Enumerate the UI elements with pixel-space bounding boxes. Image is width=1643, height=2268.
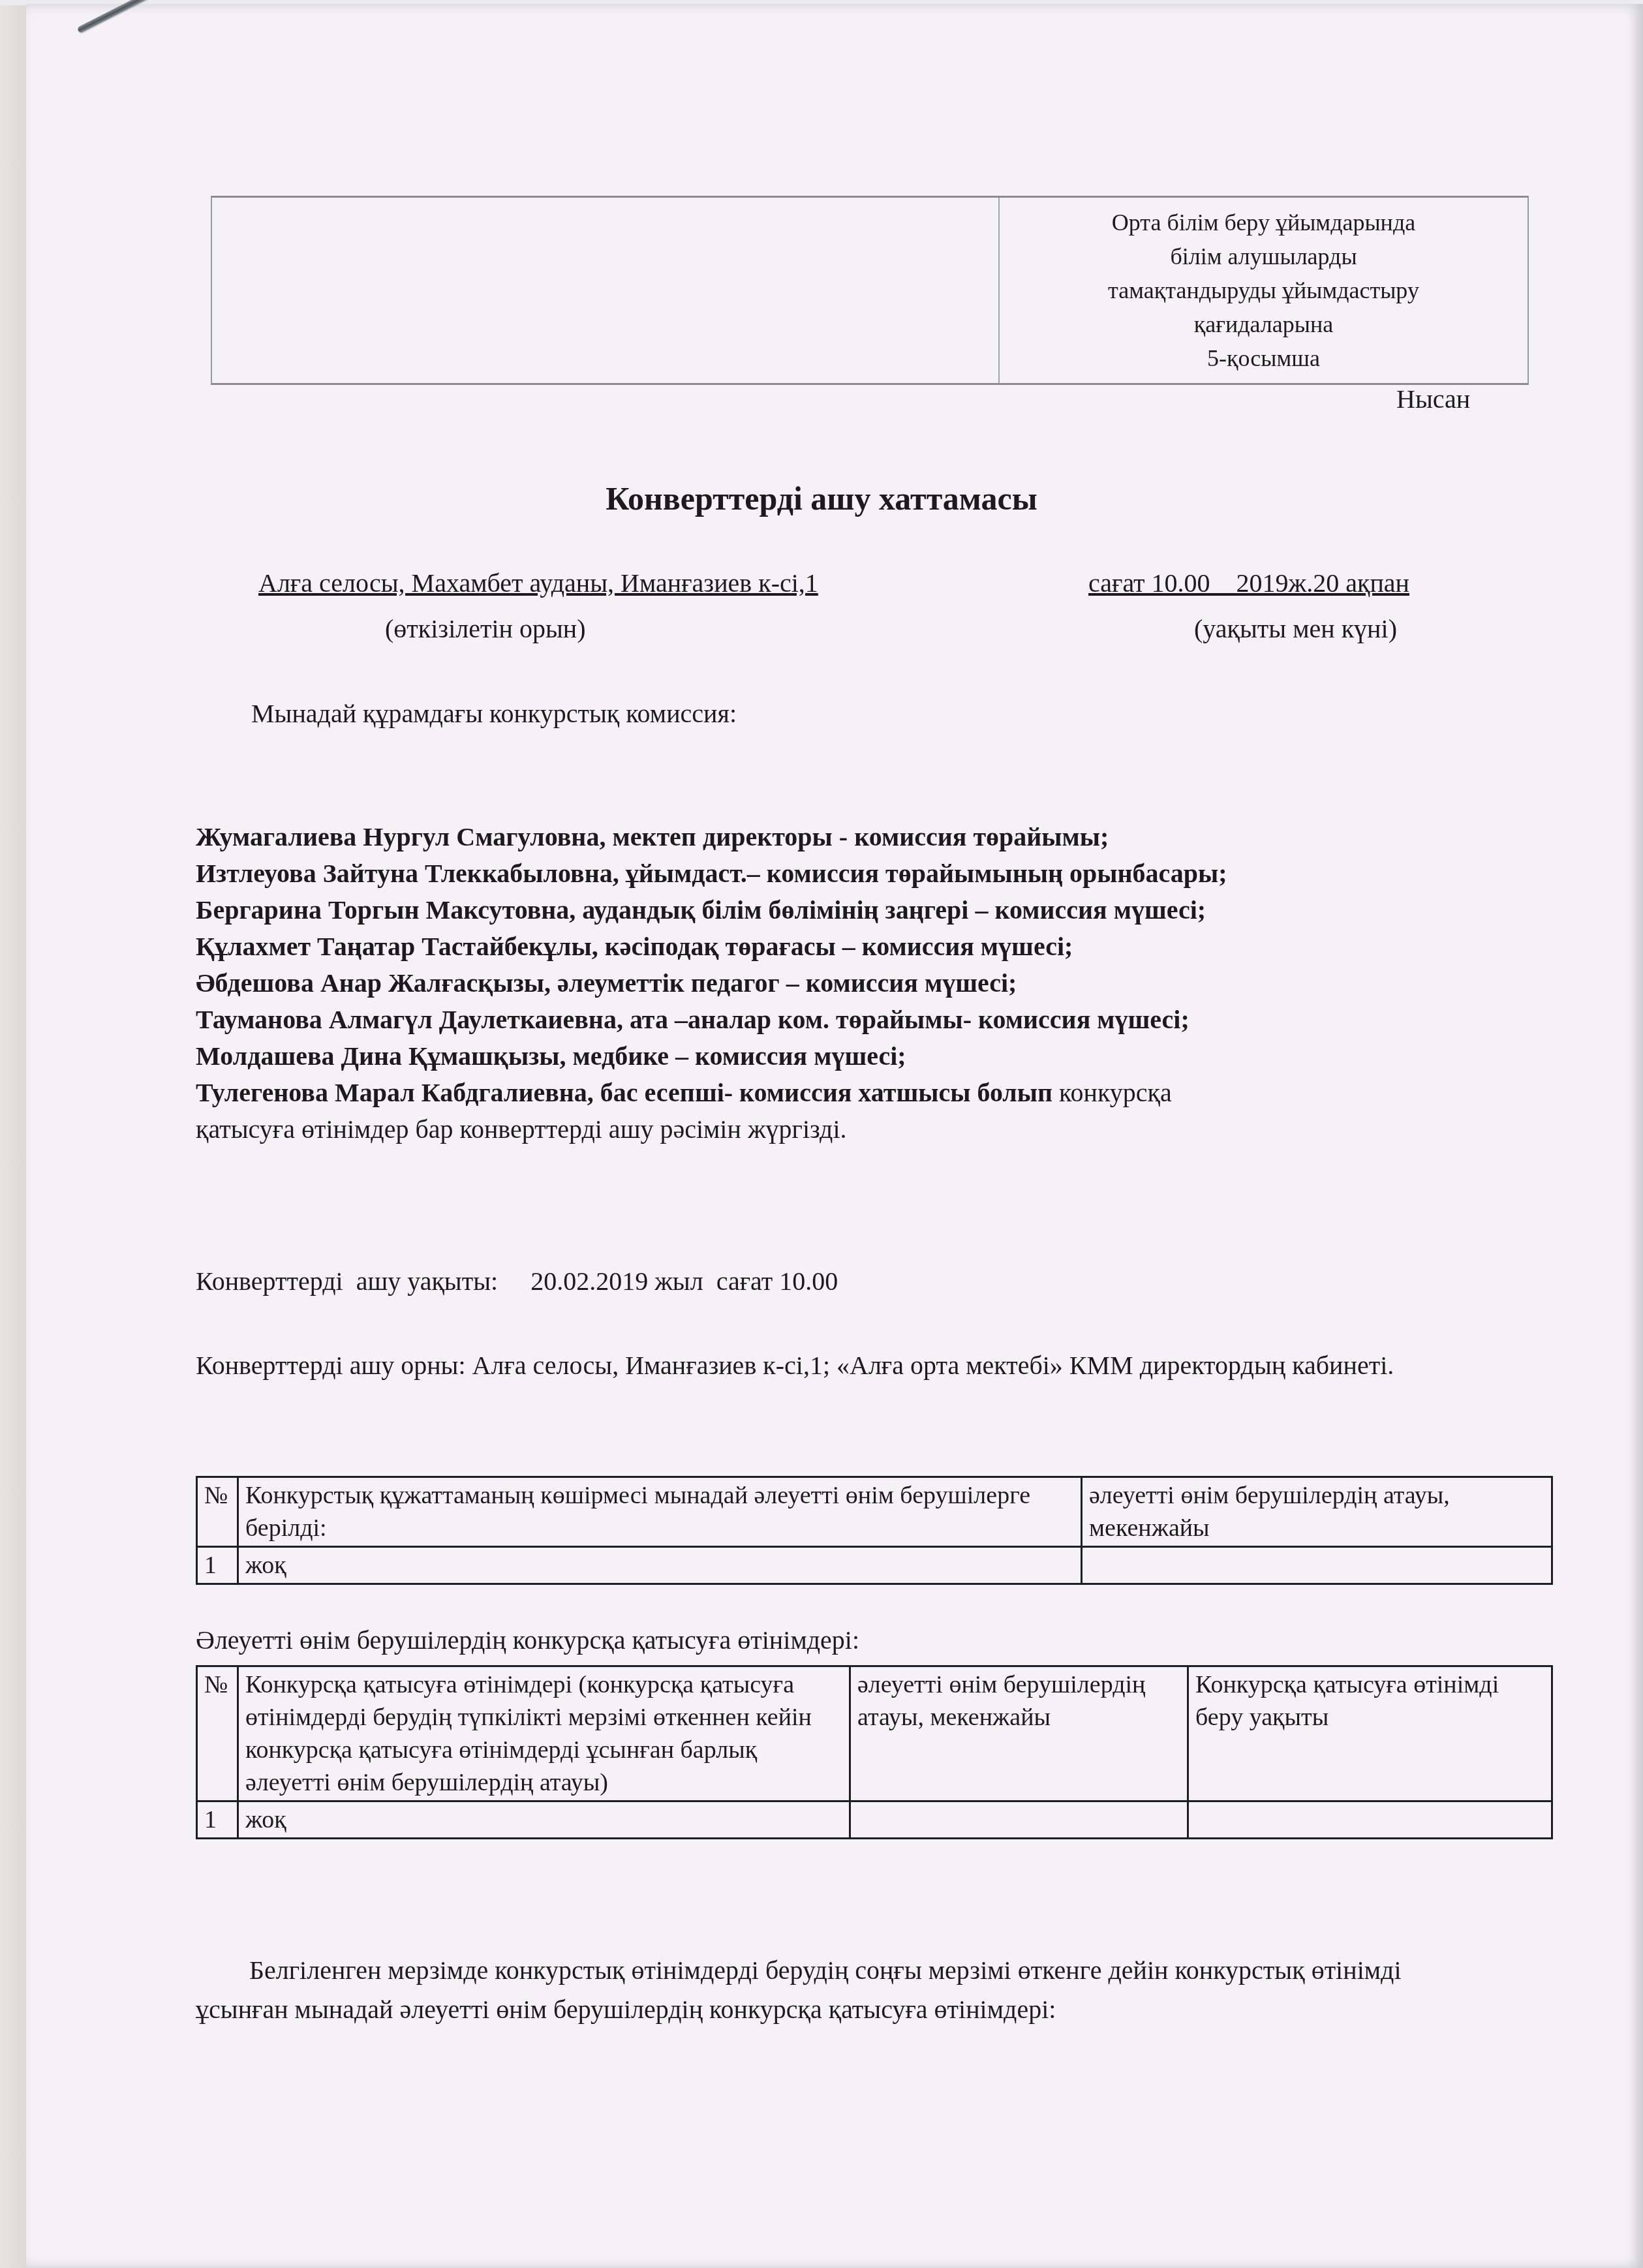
venue-place-caption: (өткізілетін орын) (385, 613, 586, 644)
opening-place: Конверттерді ашу орны: Алға селосы, Иман… (196, 1347, 1436, 1384)
annex-line: 5-қосымша (1207, 341, 1320, 375)
form-label: Нысан (1396, 384, 1470, 414)
member-line: Әбдешова Анар Жалғасқызы, әлеуметтік пед… (196, 965, 1579, 1002)
documentation-copies-table: № Конкурстық құжаттаманың көшірмесі мына… (196, 1476, 1553, 1585)
table-cell: 1 (197, 1547, 238, 1584)
member-secretary: Тулегенова Марал Кабдгалиевна, бас есепш… (196, 1078, 1052, 1107)
annex-reference: Орта білім беру ұйымдарында білім алушыл… (1000, 198, 1528, 383)
opening-time-label: Конверттерді ашу уақыты: (196, 1266, 498, 1296)
venue-place: Алға селосы, Махамбет ауданы, Иманғазиев… (258, 568, 818, 598)
annex-header-box: Орта білім беру ұйымдарында білім алушыл… (211, 196, 1529, 385)
applications-heading: Әлеуетті өнім берушілердің конкурсқа қат… (196, 1625, 859, 1655)
table-header-cell: әлеуетті өнім берушілердің атауы, мекенж… (1082, 1477, 1552, 1547)
member-line-last: Тулегенова Марал Кабдгалиевна, бас есепш… (196, 1075, 1579, 1111)
commission-intro: Мынадай құрамдағы конкурстық комиссия: (251, 698, 737, 729)
table-cell: жоқ (238, 1547, 1082, 1584)
table-cell: 1 (197, 1801, 238, 1839)
member-line: Молдашева Дина Құмашқызы, медбике – коми… (196, 1038, 1579, 1075)
commission-members-list: Жумагалиева Нургул Смагуловна, мектеп ди… (196, 819, 1579, 1148)
venue-datetime-caption: (уақыты мен күні) (1194, 613, 1397, 644)
member-line: Бергарина Торгын Максутовна, аудандық бі… (196, 892, 1579, 928)
member-line: Изтлеуова Зайтуна Тлеккабыловна, ұйымдас… (196, 855, 1579, 892)
table-header-row: № Конкурсқа қатысуға өтінімдері (конкурс… (197, 1666, 1552, 1801)
member-line: Тауманова Алмагүл Даулеткаиевна, ата –ан… (196, 1002, 1579, 1038)
opening-time-value: 20.02.2019 жыл сағат 10.00 (530, 1266, 838, 1296)
opening-place-value: Алға селосы, Иманғазиев к-сі,1; «Алға ор… (472, 1351, 1394, 1380)
table-header-cell: Конкурсқа қатысуға өтінімді беру уақыты (1188, 1666, 1552, 1801)
table-row: 1 жоқ (197, 1547, 1552, 1584)
table-header-row: № Конкурстық құжаттаманың көшірмесі мына… (197, 1477, 1552, 1547)
annex-line: тамақтандыруды ұйымдастыру (1108, 273, 1419, 307)
table-header-cell: № (197, 1477, 238, 1547)
table-cell (850, 1801, 1188, 1839)
applications-table: № Конкурсқа қатысуға өтінімдері (конкурс… (196, 1665, 1553, 1839)
opening-place-label: Конверттерді ашу орны: (196, 1351, 466, 1380)
table-header-cell: Конкурсқа қатысуға өтінімдері (конкурсқа… (238, 1666, 850, 1801)
annex-empty-cell (212, 198, 1000, 383)
table-cell: жоқ (238, 1801, 850, 1839)
venue-datetime: сағат 10.00 2019ж.20 ақпан (1088, 568, 1409, 598)
members-continuation: қатысуға өтінімдер бар конверттерді ашу … (196, 1111, 1579, 1148)
annex-line: Орта білім беру ұйымдарында (1112, 206, 1415, 239)
table-header-cell: № (197, 1666, 238, 1801)
table-row: 1 жоқ (197, 1801, 1552, 1839)
annex-line: қағидаларына (1194, 307, 1334, 341)
opening-time: Конверттерді ашу уақыты: 20.02.2019 жыл … (196, 1266, 838, 1296)
member-line: Жумагалиева Нургул Смагуловна, мектеп ди… (196, 819, 1579, 855)
table-cell (1082, 1547, 1552, 1584)
document-title: Конверттерді ашу хаттамасы (0, 480, 1643, 517)
scanner-edge (0, 0, 26, 2268)
table-cell (1188, 1801, 1552, 1839)
annex-line: білім алушыларды (1170, 239, 1357, 273)
table-header-cell: Конкурстық құжаттаманың көшірмесі мынада… (238, 1477, 1082, 1547)
final-paragraph: Белгіленген мерзімде конкурстық өтінімде… (196, 1951, 1436, 2029)
member-line: Құлахмет Таңатар Тастайбекұлы, кәсіподақ… (196, 928, 1579, 965)
table-header-cell: әлеуетті өнім берушілердің атауы, мекенж… (850, 1666, 1188, 1801)
members-tail: конкурсқа (1052, 1078, 1172, 1107)
